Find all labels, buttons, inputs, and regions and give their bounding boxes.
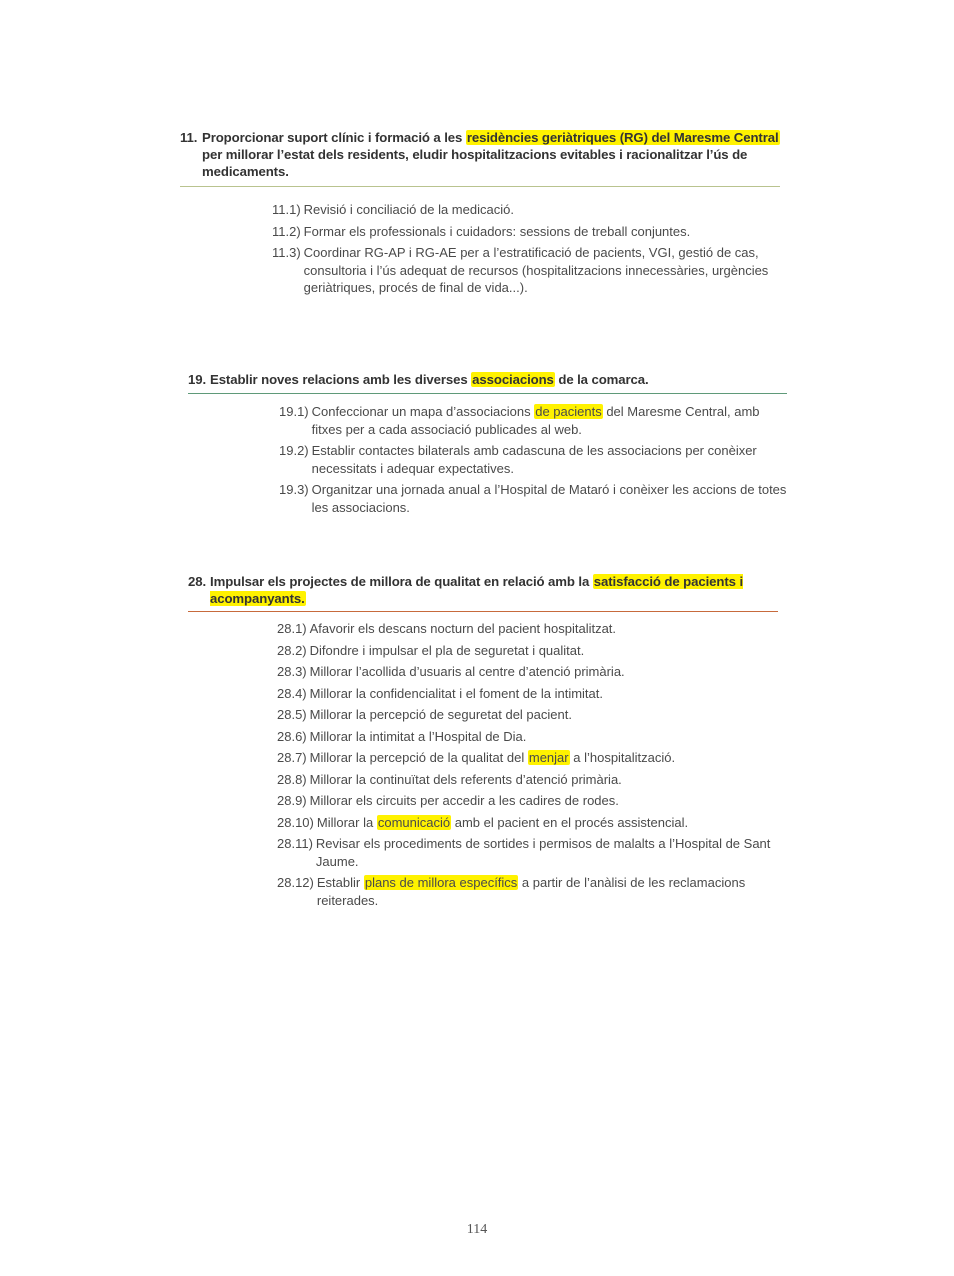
action-item: 28.7)Millorar la percepció de la qualita…	[277, 749, 778, 767]
section-28: 28.Impulsar els projectes de millora de …	[188, 573, 778, 925]
highlighted-text: comunicació	[377, 815, 451, 830]
action-item: 28.10)Millorar la comunicació amb el pac…	[277, 814, 778, 832]
action-item-text: Millorar la confidencialitat i el foment…	[310, 685, 778, 703]
action-item: 11.2)Formar els professionals i cuidador…	[272, 223, 780, 241]
text-run: Millorar la percepció de la qualitat del	[310, 750, 528, 765]
text-run: Millorar la intimitat a l’Hospital de Di…	[310, 729, 527, 744]
action-item: 28.11)Revisar els procediments de sortid…	[277, 835, 778, 870]
text-run: Afavorir els descans nocturn del pacient…	[310, 621, 616, 636]
action-item-text: Afavorir els descans nocturn del pacient…	[310, 620, 778, 638]
action-item-number: 28.12)	[277, 874, 314, 909]
action-item: 19.1)Confeccionar un mapa d’associacions…	[279, 403, 787, 438]
action-item-number: 28.1)	[277, 620, 307, 638]
section-number: 28.	[188, 573, 210, 590]
action-item-text: Millorar la continuïtat dels referents d…	[310, 771, 778, 789]
action-item-text: Revisió i conciliació de la medicació.	[304, 201, 780, 219]
text-run: Proporcionar suport clínic i formació a …	[202, 130, 466, 145]
action-item-text: Coordinar RG-AP i RG-AE per a l’estratif…	[304, 244, 780, 297]
action-list: 19.1)Confeccionar un mapa d’associacions…	[279, 403, 787, 516]
action-list: 28.1)Afavorir els descans nocturn del pa…	[277, 620, 778, 909]
action-item-text: Millorar la percepció de seguretat del p…	[310, 706, 778, 724]
action-item: 28.5)Millorar la percepció de seguretat …	[277, 706, 778, 724]
highlighted-text: menjar	[528, 750, 570, 765]
section-divider	[188, 611, 778, 612]
action-item-text: Millorar els circuits per accedir a les …	[310, 792, 778, 810]
highlighted-text: associacions	[471, 372, 555, 387]
text-run: Establir contactes bilaterals amb cadasc…	[312, 443, 757, 476]
action-list: 11.1)Revisió i conciliació de la medicac…	[272, 201, 780, 297]
text-run: Millorar la	[317, 815, 377, 830]
action-item-number: 28.3)	[277, 663, 307, 681]
highlighted-text: plans de millora específics	[364, 875, 518, 890]
text-run: a l’hospitalització.	[570, 750, 676, 765]
section-19: 19.Establir noves relacions amb les dive…	[188, 371, 787, 532]
action-item-number: 28.9)	[277, 792, 307, 810]
action-item-number: 19.3)	[279, 481, 309, 516]
section-title: Impulsar els projectes de millora de qua…	[210, 574, 743, 606]
action-item: 28.9)Millorar els circuits per accedir a…	[277, 792, 778, 810]
action-item-number: 28.8)	[277, 771, 307, 789]
action-item-number: 19.2)	[279, 442, 309, 477]
section-divider	[188, 393, 787, 394]
action-item-text: Establir contactes bilaterals amb cadasc…	[312, 442, 787, 477]
text-run: Difondre i impulsar el pla de seguretat …	[310, 643, 585, 658]
section-heading: 28.Impulsar els projectes de millora de …	[188, 573, 778, 607]
text-run: Confeccionar un mapa d’associacions	[312, 404, 535, 419]
action-item-text: Revisar els procediments de sortides i p…	[316, 835, 778, 870]
text-run: Impulsar els projectes de millora de qua…	[210, 574, 593, 589]
action-item: 28.8)Millorar la continuïtat dels refere…	[277, 771, 778, 789]
text-run: amb el pacient en el procés assistencial…	[451, 815, 688, 830]
action-item-text: Establir plans de millora específics a p…	[317, 874, 778, 909]
text-run: Millorar la confidencialitat i el foment…	[310, 686, 603, 701]
action-item: 28.12)Establir plans de millora específi…	[277, 874, 778, 909]
action-item-text: Millorar l’acollida d’usuaris al centre …	[310, 663, 778, 681]
action-item: 19.3)Organitzar una jornada anual a l’Ho…	[279, 481, 787, 516]
action-item-number: 28.5)	[277, 706, 307, 724]
text-run: Millorar els circuits per accedir a les …	[310, 793, 619, 808]
action-item-text: Confeccionar un mapa d’associacions de p…	[312, 403, 787, 438]
text-run: Millorar la percepció de seguretat del p…	[310, 707, 572, 722]
action-item-text: Millorar la comunicació amb el pacient e…	[317, 814, 778, 832]
action-item-text: Difondre i impulsar el pla de seguretat …	[310, 642, 778, 660]
text-run: Revisar els procediments de sortides i p…	[316, 836, 770, 869]
action-item-number: 28.10)	[277, 814, 314, 832]
action-item: 28.4)Millorar la confidencialitat i el f…	[277, 685, 778, 703]
action-item: 19.2)Establir contactes bilaterals amb c…	[279, 442, 787, 477]
highlighted-text: de pacients	[534, 404, 603, 419]
text-run: Millorar la continuïtat dels referents d…	[310, 772, 622, 787]
action-item: 28.3)Millorar l’acollida d’usuaris al ce…	[277, 663, 778, 681]
text-run: de la comarca.	[555, 372, 649, 387]
text-run: Formar els professionals i cuidadors: se…	[304, 224, 691, 239]
section-number: 11.	[180, 129, 202, 146]
action-item: 28.6)Millorar la intimitat a l’Hospital …	[277, 728, 778, 746]
section-title: Proporcionar suport clínic i formació a …	[202, 130, 780, 179]
action-item-number: 11.1)	[272, 201, 301, 219]
text-run: Coordinar RG-AP i RG-AE per a l’estratif…	[304, 245, 769, 295]
action-item-number: 11.3)	[272, 244, 301, 297]
action-item-number: 28.7)	[277, 749, 307, 767]
action-item-text: Millorar la intimitat a l’Hospital de Di…	[310, 728, 778, 746]
text-run: Revisió i conciliació de la medicació.	[304, 202, 514, 217]
action-item-number: 11.2)	[272, 223, 301, 241]
section-number: 19.	[188, 371, 210, 388]
page-number: 114	[0, 1222, 954, 1238]
action-item-text: Organitzar una jornada anual a l’Hospita…	[312, 481, 787, 516]
section-heading: 11.Proporcionar suport clínic i formació…	[180, 129, 780, 180]
action-item-number: 19.1)	[279, 403, 309, 438]
text-run: per millorar l’estat dels residents, elu…	[202, 147, 747, 179]
action-item: 28.1)Afavorir els descans nocturn del pa…	[277, 620, 778, 638]
section-11: 11.Proporcionar suport clínic i formació…	[180, 129, 780, 313]
text-run: Establir	[317, 875, 364, 890]
action-item: 28.2)Difondre i impulsar el pla de segur…	[277, 642, 778, 660]
section-heading: 19.Establir noves relacions amb les dive…	[188, 371, 787, 388]
text-run: Organitzar una jornada anual a l’Hospita…	[312, 482, 787, 515]
section-title: Establir noves relacions amb les diverse…	[210, 372, 649, 387]
highlighted-text: residències geriàtriques (RG) del Maresm…	[466, 130, 780, 145]
action-item: 11.3)Coordinar RG-AP i RG-AE per a l’est…	[272, 244, 780, 297]
section-divider	[180, 186, 780, 187]
action-item-number: 28.4)	[277, 685, 307, 703]
action-item: 11.1)Revisió i conciliació de la medicac…	[272, 201, 780, 219]
action-item-number: 28.11)	[277, 835, 313, 870]
action-item-number: 28.6)	[277, 728, 307, 746]
action-item-text: Formar els professionals i cuidadors: se…	[304, 223, 780, 241]
text-run: Millorar l’acollida d’usuaris al centre …	[310, 664, 625, 679]
action-item-number: 28.2)	[277, 642, 307, 660]
text-run: Establir noves relacions amb les diverse…	[210, 372, 471, 387]
action-item-text: Millorar la percepció de la qualitat del…	[310, 749, 778, 767]
